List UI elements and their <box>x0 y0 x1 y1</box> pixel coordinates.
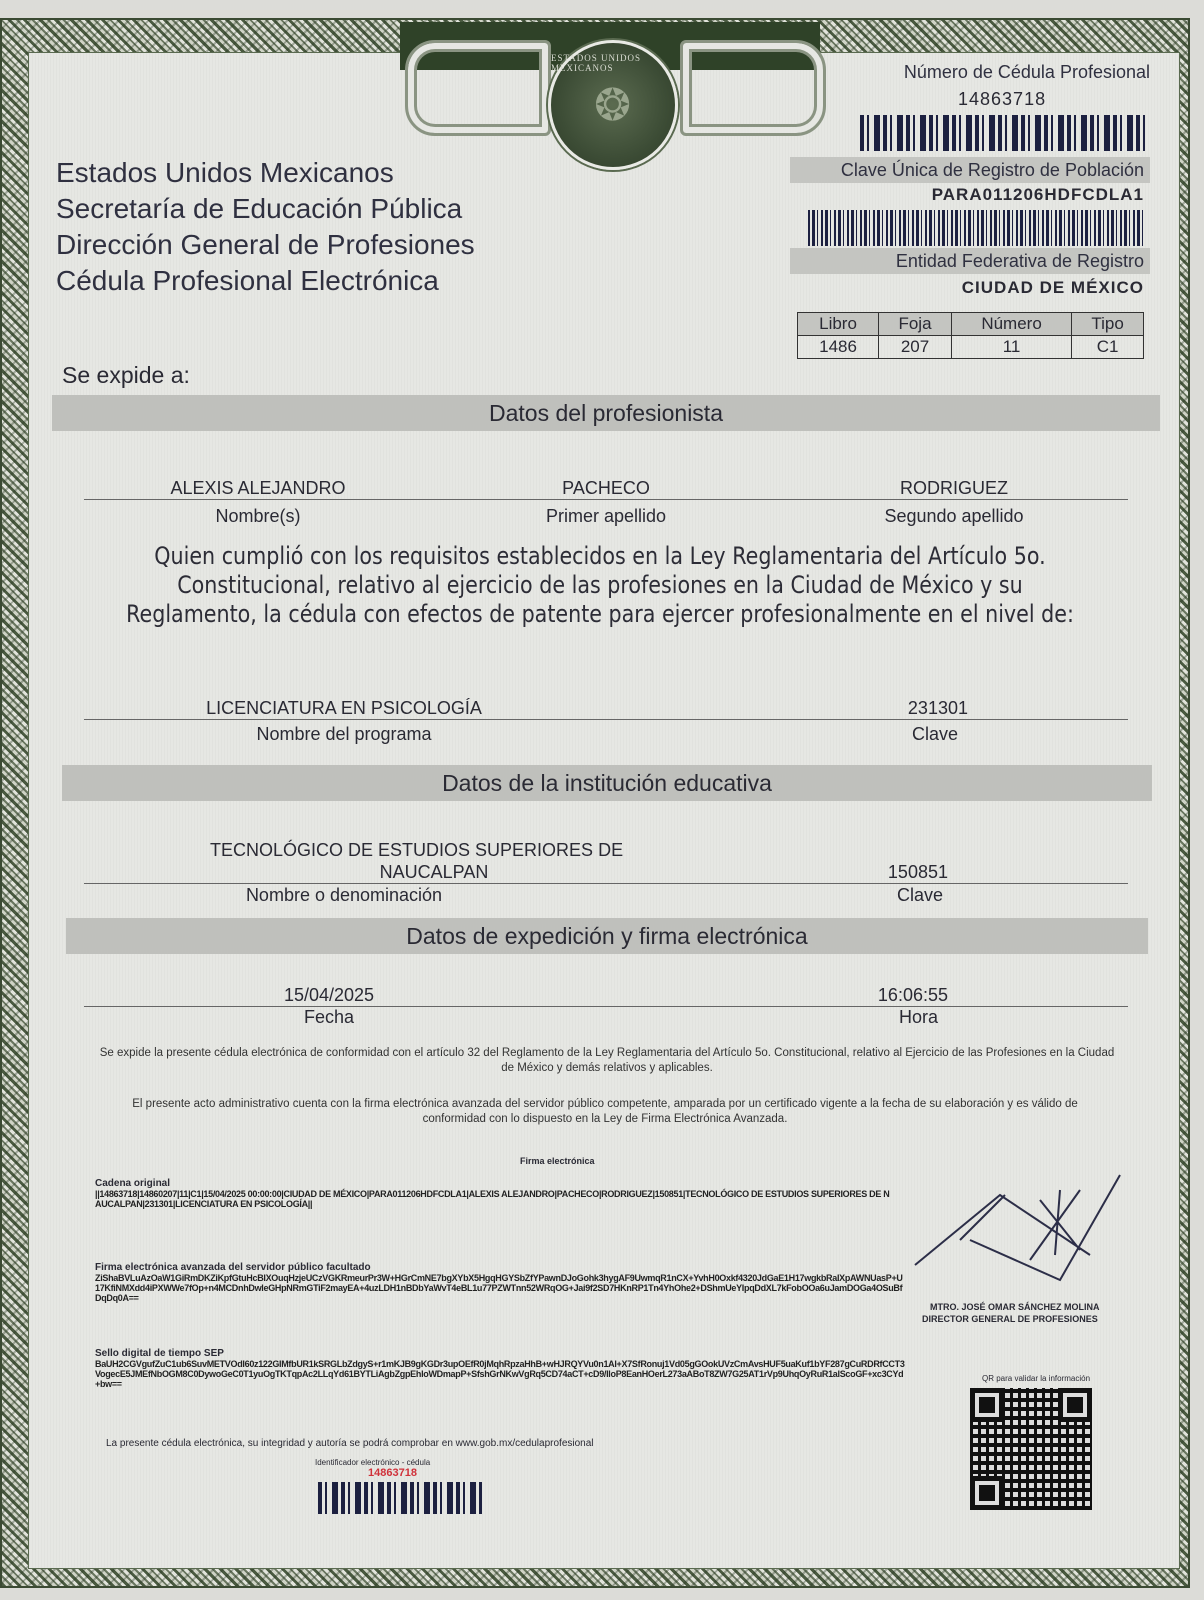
issued-to-label: Se expide a: <box>62 362 190 389</box>
header-country: Estados Unidos Mexicanos <box>56 155 475 191</box>
coat-of-arms-eagle-icon: ESTADOS UNIDOS MEXICANOS ❂ <box>548 40 678 170</box>
institution-clave: 150851 <box>784 862 1128 883</box>
sello-digital: BaUH2CGVgufZuC1ub6SuvMETVOdI60z122GIMfbU… <box>95 1359 905 1389</box>
aztec-fret-left-ornament <box>405 40 551 136</box>
legal-text-1: Se expide la presente cédula electrónica… <box>92 1046 1122 1076</box>
legal-text-2: El presente acto administrativo cuenta c… <box>110 1097 1100 1127</box>
cedula-barcode <box>860 115 1145 151</box>
program-row: LICENCIATURA EN PSICOLOGÍA 231301 <box>84 698 1128 720</box>
signature-title: Firma electrónica <box>520 1156 595 1166</box>
institution-name-line2: NAUCALPAN <box>84 862 784 883</box>
issuance-row: 15/04/2025 16:06:55 <box>84 985 1128 1007</box>
numero-value: 11 <box>951 336 1071 359</box>
institution-name-line1: TECNOLÓGICO DE ESTUDIOS SUPERIORES DE <box>210 840 623 861</box>
given-names: ALEXIS ALEJANDRO <box>84 478 432 499</box>
qr-label: QR para validar la información <box>982 1374 1090 1383</box>
issue-time: 16:06:55 <box>574 985 1128 1006</box>
signer-name: MTRO. JOSÉ OMAR SÁNCHEZ MOLINA <box>930 1302 1100 1312</box>
foja-value: 207 <box>879 336 952 359</box>
firma-electronica: ZiShaBVLuAzOaW1GiRmDKZiKpfGtuHcBIXOuqHzj… <box>95 1273 905 1303</box>
entidad-label: Entidad Federativa de Registro <box>790 248 1150 274</box>
cadena-original: ||14863718|14860207|11|C1|15/04/2025 00:… <box>95 1189 895 1209</box>
signer-title: DIRECTOR GENERAL DE PROFESIONES <box>922 1314 1098 1324</box>
issue-date: 15/04/2025 <box>84 985 574 1006</box>
entidad-value: CIUDAD DE MÉXICO <box>790 278 1150 298</box>
registry-table: Libro Foja Número Tipo 1486 207 11 C1 <box>797 312 1144 359</box>
institution-row: NAUCALPAN 150851 <box>84 862 1128 884</box>
validation-qr-code[interactable] <box>970 1388 1092 1510</box>
libro-value: 1486 <box>798 336 879 359</box>
verify-text: La presente cédula electrónica, su integ… <box>106 1438 594 1449</box>
program-clave: 231301 <box>604 698 1128 719</box>
section-institution: Datos de la institución educativa <box>62 765 1152 801</box>
cedula-number-label: Número de Cédula Profesional <box>790 62 1150 83</box>
curp-value: PARA011206HDFCDLA1 <box>790 185 1150 205</box>
crest-text: ESTADOS UNIDOS MEXICANOS <box>551 53 675 73</box>
section-issuance: Datos de expedición y firma electrónica <box>66 918 1148 954</box>
electronic-id-label: Identificador electrónico - cédula <box>315 1458 430 1467</box>
electronic-id-value: 14863718 <box>368 1467 417 1479</box>
header-directorate: Dirección General de Profesiones <box>56 227 475 263</box>
curp-barcode <box>808 210 1145 246</box>
sello-block: Sello digital de tiempo SEP BaUH2CGVgufZ… <box>95 1348 905 1389</box>
tipo-value: C1 <box>1072 336 1144 359</box>
first-surname: PACHECO <box>432 478 780 499</box>
section-professional: Datos del profesionista <box>52 395 1160 431</box>
registry-table-row: 1486 207 11 C1 <box>798 336 1144 359</box>
statement-text: Quien cumplió con los requisitos estable… <box>118 542 1081 629</box>
electronic-id-barcode <box>318 1482 482 1514</box>
registry-table-header: Libro Foja Número Tipo <box>798 313 1144 336</box>
header-ministry: Secretaría de Educación Pública <box>56 191 475 227</box>
professional-caption-row: Nombre(s) Primer apellido Segundo apelli… <box>84 506 1128 527</box>
second-surname: RODRIGUEZ <box>780 478 1128 499</box>
cedula-number: 14863718 <box>958 89 1046 110</box>
professional-name-row: ALEXIS ALEJANDRO PACHECO RODRIGUEZ <box>84 478 1128 500</box>
curp-label: Clave Única de Registro de Población <box>790 157 1150 183</box>
program-name: LICENCIATURA EN PSICOLOGÍA <box>84 698 604 719</box>
cadena-original-block: Cadena original ||14863718|14860207|11|C… <box>95 1178 895 1209</box>
firma-block: Firma electrónica avanzada del servidor … <box>95 1262 905 1303</box>
handwritten-signature <box>910 1170 1130 1300</box>
aztec-fret-right-ornament <box>680 40 826 136</box>
header-document-type: Cédula Profesional Electrónica <box>56 263 475 299</box>
issuer-header: Estados Unidos Mexicanos Secretaría de E… <box>56 155 475 299</box>
